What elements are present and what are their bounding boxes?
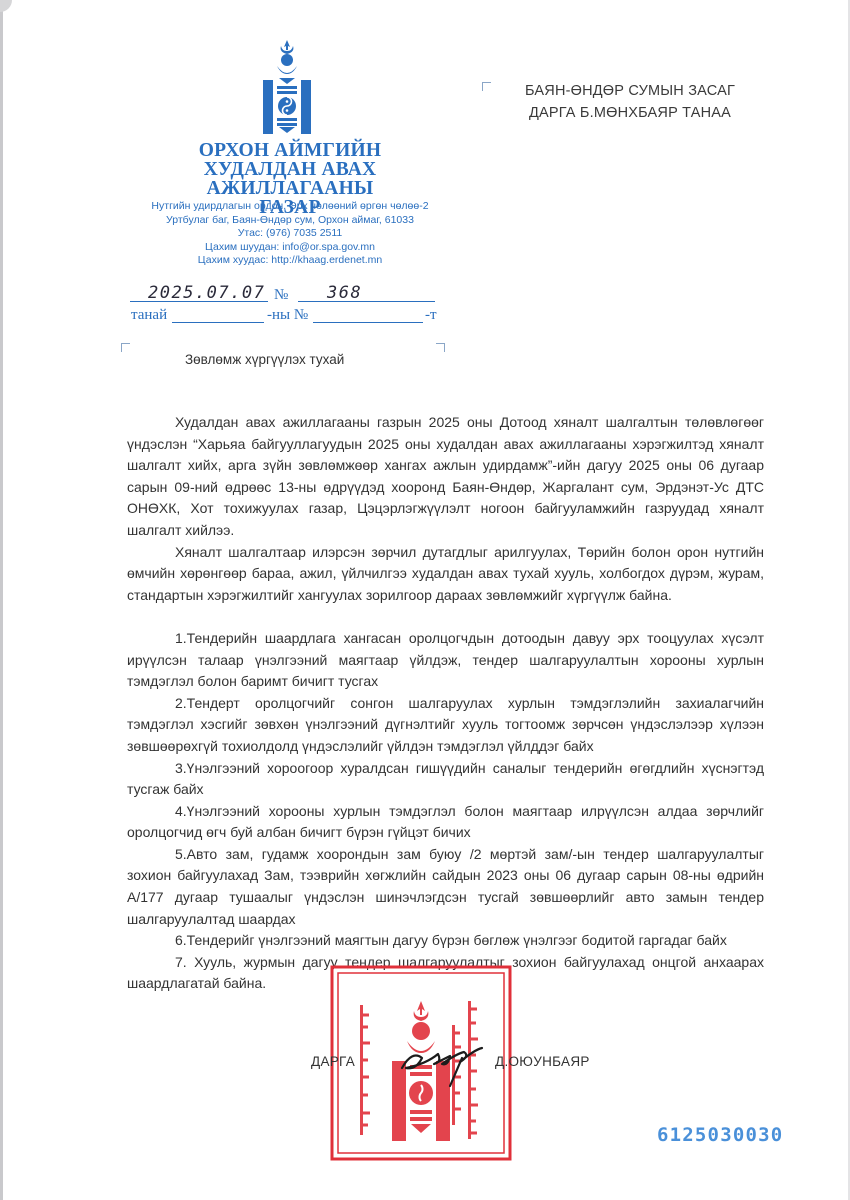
number-underline	[298, 301, 435, 302]
recipient-line: ДАРГА Б.МӨНХБАЯР ТАНАА	[500, 102, 760, 124]
document-serial-number: 6125030030	[657, 1124, 783, 1146]
intro-paragraph: Худалдан авах ажиллагааны газрын 2025 он…	[127, 412, 764, 542]
number-label: №	[274, 287, 288, 304]
yours-date-underline	[172, 322, 264, 323]
signatory-name: Д.ОЮУНБАЯР	[495, 1054, 590, 1069]
corner-bracket	[482, 82, 491, 91]
yours-number-label: -ны №	[267, 307, 308, 324]
contact-address: Нутгийн удирдлагын ордон, Эрх чөлөөний ө…	[120, 200, 460, 214]
letter-number: 368	[327, 283, 362, 303]
signatory-title: ДАРГА	[311, 1054, 355, 1069]
date-underline	[130, 301, 268, 302]
organization-contact: Нутгийн удирдлагын ордон, Эрх чөлөөний ө…	[120, 200, 460, 268]
letter-body: Худалдан авах ажиллагааны газрын 2025 он…	[127, 412, 764, 995]
letter-subject: Зөвлөмж хүргүүлэх тухай	[185, 352, 344, 367]
yours-end-label: -т	[425, 307, 437, 324]
recommendation-item: 2.Тендерт оролцогчийг сонгон шалгаруулах…	[127, 693, 764, 758]
contact-phone: Утас: (976) 7035 2511	[120, 227, 460, 241]
page-corner	[0, 0, 12, 12]
recipient-block: БАЯН-ӨНДӨР СУМЫН ЗАСАГ ДАРГА Б.МӨНХБАЯР …	[500, 80, 760, 124]
yours-number-underline	[313, 322, 423, 323]
recommendation-item: 3.Үнэлгээний хороогоор хуралдсан гишүүди…	[127, 758, 764, 801]
purpose-paragraph: Хяналт шалгалтаар илэрсэн зөрчил дутагдл…	[127, 542, 764, 607]
contact-address: Уртбулаг баг, Баян-Өндөр сум, Орхон айма…	[120, 214, 460, 228]
recommendation-item: 6.Тендерийг үнэлгээний маягтын дагуу бүр…	[127, 930, 764, 952]
recommendation-item: 4.Үнэлгээний хорооны хурлын тэмдэглэл бо…	[127, 801, 764, 844]
handwritten-signature-icon	[398, 1040, 488, 1090]
contact-website: Цахим хуудас: http://khaag.erdenet.mn	[120, 254, 460, 268]
corner-bracket	[121, 343, 130, 352]
soyombo-emblem-icon	[259, 38, 315, 136]
corner-bracket	[436, 343, 445, 352]
recipient-line: БАЯН-ӨНДӨР СУМЫН ЗАСАГ	[500, 80, 760, 102]
page-edge	[0, 8, 3, 1200]
contact-email: Цахим шуудан: info@or.spa.gov.mn	[120, 241, 460, 255]
recommendation-item: 5.Авто зам, гудамж хоорондын зам буюу /2…	[127, 844, 764, 930]
yours-label: танай	[131, 307, 167, 324]
recommendation-item: 1.Тендерийн шаардлага хангасан оролцогчд…	[127, 628, 764, 693]
org-name-line: ХУДАЛДАН АВАХ АЖИЛЛАГААНЫ	[120, 160, 460, 198]
org-name-line: ОРХОН АЙМГИЙН	[120, 141, 460, 160]
letter-date: 2025.07.07	[148, 283, 265, 303]
